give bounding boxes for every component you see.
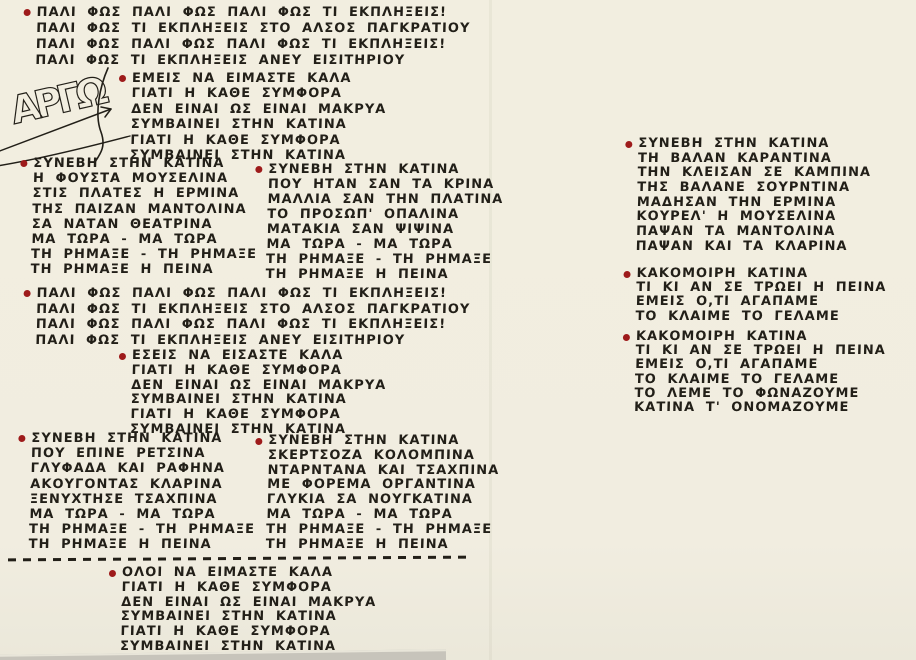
lyric-line: ΤΗ ΡΗΜΑΞΕ - ΤΗ ΡΗΜΑΞΕ	[266, 523, 498, 538]
lyric-line: ΞΕΝΥΧΤΗΣΕ ΤΣΑΧΠΙΝΑ	[30, 492, 256, 507]
lyric-line: ΕΜΕΙΣ Ο,ΤΙ ΑΓΑΠΑΜΕ	[635, 358, 886, 372]
lyric-line: ΕΣΕΙΣ ΝΑ ΕΙΣΑΣΤΕ ΚΑΛΑ	[132, 349, 388, 364]
lyric-line: ΜΑ ΤΩΡΑ - ΜΑ ΤΩΡΑ	[266, 508, 498, 523]
lyric-line: ΣΤΙΣ ΠΛΑΤΕΣ Η ΕΡΜΙΝΑ	[32, 186, 258, 201]
lyric-line: ΠΑΨΑΝ ΤΑ ΜΑΝΤΟΛΙΝΑ	[636, 225, 870, 240]
lyric-line: ΠΑΛΙ ΦΩΣ ΠΑΛΙ ΦΩΣ ΠΑΛΙ ΦΩΣ ΤΙ ΕΚΠΛΗΞΕΙΣ!	[36, 37, 471, 53]
lyric-line: ΜΑ ΤΩΡΑ - ΜΑ ΤΩΡΑ	[31, 232, 257, 247]
lyric-line: ΚΑΤΙΝΑ Τ' ΟΝΟΜΑΖΟΥΜΕ	[634, 401, 885, 415]
lyric-line: ΤΟ ΚΛΑΙΜΕ ΤΟ ΓΕΛΑΜΕ	[635, 310, 886, 324]
lyric-line: ΤΟ ΛΕΜΕ ΤΟ ΦΩΝΑΖΟΥΜΕ	[634, 387, 885, 401]
lyric-line: ΓΙΑΤΙ Η ΚΑΘΕ ΣΥΜΦΟΡΑ	[131, 86, 387, 101]
lyric-line: ΤΗ ΡΗΜΑΞΕ Η ΠΕΙΝΑ	[265, 267, 501, 282]
stanza-right-1: ΣΥΝΕΒΗ ΣΤΗΝ ΚΑΤΙΝΑΤΗ ΒΑΛΑΝ ΚΑΡΑΝΤΙΝΑΤΗΝ …	[635, 137, 872, 255]
stanza-chorus-3: ΟΛΟΙ ΝΑ ΕΙΜΑΣΤΕ ΚΑΛΑΓΙΑΤΙ Η ΚΑΘΕ ΣΥΜΦΟΡΑ…	[120, 566, 377, 655]
lyric-line: ΤΗΣ ΠΑΙΖΑΝ ΜΑΝΤΟΛΙΝΑ	[32, 202, 258, 217]
lyric-line: ΠΑΛΙ ΦΩΣ ΠΑΛΙ ΦΩΣ ΠΑΛΙ ΦΩΣ ΤΙ ΕΚΠΛΗΞΕΙΣ!	[36, 286, 471, 302]
lyric-line: ΣΥΝΕΒΗ ΣΤΗΝ ΚΑΤΙΝΑ	[31, 431, 257, 446]
lyric-line: ΤΗ ΡΗΜΑΞΕ - ΤΗ ΡΗΜΑΞΕ	[29, 522, 255, 537]
lyric-line: ΠΑΛΙ ΦΩΣ ΠΑΛΙ ΦΩΣ ΠΑΛΙ ΦΩΣ ΤΙ ΕΚΠΛΗΞΕΙΣ!	[36, 5, 471, 21]
red-bullet-icon	[623, 334, 630, 341]
lyric-line: ΠΟΥ ΗΤΑΝ ΣΑΝ ΤΑ ΚΡΙΝΑ	[268, 177, 504, 192]
red-bullet-icon	[18, 435, 25, 442]
lyric-line: ΤΗ ΒΑΛΑΝ ΚΑΡΑΝΤΙΝΑ	[638, 152, 872, 167]
lyric-line: ΚΑΚΟΜΟΙΡΗ ΚΑΤΙΝΑ	[636, 330, 887, 344]
red-bullet-icon	[625, 141, 632, 148]
lyric-line: ΠΑΛΙ ΦΩΣ ΤΙ ΕΚΠΛΗΞΕΙΣ ΣΤΟ ΑΛΣΟΣ ΠΑΓΚΡΑΤΙ…	[36, 302, 471, 318]
lyric-line: ΓΛΥΦΑΔΑ ΚΑΙ ΡΑΦΗΝΑ	[30, 461, 256, 476]
lyric-line: ΓΙΑΤΙ Η ΚΑΘΕ ΣΥΜΦΟΡΑ	[130, 408, 386, 423]
lyric-line: Η ΦΟΥΣΤΑ ΜΟΥΣΕΛΙΝΑ	[33, 171, 259, 186]
lyric-line: ΣΥΝΕΒΗ ΣΤΗΝ ΚΑΤΙΝΑ	[638, 137, 872, 152]
lyric-line: ΠΑΛΙ ΦΩΣ ΠΑΛΙ ΦΩΣ ΠΑΛΙ ΦΩΣ ΤΙ ΕΚΠΛΗΞΕΙΣ!	[36, 317, 471, 333]
lyric-line: ΔΕΝ ΕΙΝΑΙ ΩΣ ΕΙΝΑΙ ΜΑΚΡΥΑ	[131, 102, 387, 117]
manuscript-page: ΑΡΓΩ ΠΑΛΙ ΦΩΣ ΠΑΛΙ ΦΩΣ ΠΑΛΙ ΦΩΣ ΤΙ ΕΚΠΛΗ…	[0, 0, 916, 660]
lyric-line: ΣΚΕΡΤΣΟΖΑ ΚΟΛΟΜΠΙΝΑ	[268, 449, 500, 464]
lyric-line: ΕΜΕΙΣ ΝΑ ΕΙΜΑΣΤΕ ΚΑΛΑ	[132, 71, 388, 86]
red-bullet-icon	[109, 570, 116, 577]
lyric-line: ΕΜΕΙΣ Ο,ΤΙ ΑΓΑΠΑΜΕ	[636, 295, 887, 309]
lyric-line: ΓΙΑΤΙ Η ΚΑΘΕ ΣΥΜΦΟΡΑ	[130, 133, 386, 148]
lyric-line: ΣΥΜΒΑΙΝΕΙ ΣΤΗΝ ΚΑΤΙΝΑ	[131, 117, 387, 132]
lyric-line: ΤΗΝ ΚΛΕΙΣΑΝ ΣΕ ΚΑΜΠΙΝΑ	[637, 166, 871, 181]
lyric-line: ΓΙΑΤΙ Η ΚΑΘΕ ΣΥΜΦΟΡΑ	[131, 364, 387, 379]
dashed-separator	[8, 556, 472, 562]
lyric-line: ΚΑΚΟΜΟΙΡΗ ΚΑΤΙΝΑ	[636, 267, 887, 281]
lyric-line: ΠΑΛΙ ΦΩΣ ΤΙ ΕΚΠΛΗΞΕΙΣ ΑΝΕΥ ΕΙΣΙΤΗΡΙΟΥ	[35, 333, 470, 349]
lyric-line: ΓΙΑΤΙ Η ΚΑΘΕ ΣΥΜΦΟΡΑ	[121, 581, 377, 596]
red-bullet-icon	[623, 271, 630, 278]
lyric-line: ΣΥΜΒΑΙΝΕΙ ΣΤΗΝ ΚΑΤΙΝΑ	[131, 393, 387, 408]
stanza-verse-2: ΣΥΝΕΒΗ ΣΤΗΝ ΚΑΤΙΝΑΠΟΥ ΗΤΑΝ ΣΑΝ ΤΑ ΚΡΙΝΑΜ…	[265, 162, 504, 282]
lyric-line: ΠΑΛΙ ΦΩΣ ΤΙ ΕΚΠΛΗΞΕΙΣ ΑΝΕΥ ΕΙΣΙΤΗΡΙΟΥ	[35, 53, 470, 69]
lyric-line: ΤΗ ΡΗΜΑΞΕ - ΤΗ ΡΗΜΑΞΕ	[266, 252, 502, 267]
red-bullet-icon	[24, 290, 31, 297]
argo-annotation: ΑΡΓΩ	[6, 68, 112, 133]
lyric-line: ΣΑ ΝΑΤΑΝ ΘΕΑΤΡΙΝΑ	[32, 217, 258, 232]
stanza-right-2: ΚΑΚΟΜΟΙΡΗ ΚΑΤΙΝΑΤΙ ΚΙ ΑΝ ΣΕ ΤΡΩΕΙ Η ΠΕΙΝ…	[635, 267, 887, 324]
lyric-line: ΤΙ ΚΙ ΑΝ ΣΕ ΤΡΩΕΙ Η ΠΕΙΝΑ	[636, 281, 887, 295]
lyric-line: ΣΥΝΕΒΗ ΣΤΗΝ ΚΑΤΙΝΑ	[33, 156, 259, 171]
red-bullet-icon	[255, 438, 262, 445]
lyric-line: ΤΗ ΡΗΜΑΞΕ Η ΠΕΙΝΑ	[28, 537, 254, 552]
stanza-right-3: ΚΑΚΟΜΟΙΡΗ ΚΑΤΙΝΑΤΙ ΚΙ ΑΝ ΣΕ ΤΡΩΕΙ Η ΠΕΙΝ…	[634, 330, 887, 415]
lyric-line: ΜΑ ΤΩΡΑ - ΜΑ ΤΩΡΑ	[266, 237, 502, 252]
lyric-line: ΓΛΥΚΙΑ ΣΑ ΝΟΥΓΚΑΤΙΝΑ	[267, 493, 499, 508]
lyric-line: ΣΥΝΕΒΗ ΣΤΗΝ ΚΑΤΙΝΑ	[268, 434, 500, 449]
stanza-verse-4: ΣΥΝΕΒΗ ΣΤΗΝ ΚΑΤΙΝΑΣΚΕΡΤΣΟΖΑ ΚΟΛΟΜΠΙΝΑΝΤΑ…	[265, 434, 500, 552]
lyric-line: ΠΟΥ ΕΠΙΝΕ ΡΕΤΣΙΝΑ	[31, 446, 257, 461]
red-bullet-icon	[119, 353, 126, 360]
lyric-line: ΣΥΝΕΒΗ ΣΤΗΝ ΚΑΤΙΝΑ	[268, 162, 504, 177]
stanza-verse-1: ΣΥΝΕΒΗ ΣΤΗΝ ΚΑΤΙΝΑΗ ΦΟΥΣΤΑ ΜΟΥΣΕΛΙΝΑΣΤΙΣ…	[30, 156, 259, 278]
stanza-refrain-1: ΠΑΛΙ ΦΩΣ ΠΑΛΙ ΦΩΣ ΠΑΛΙ ΦΩΣ ΤΙ ΕΚΠΛΗΞΕΙΣ!…	[35, 5, 471, 69]
red-bullet-icon	[255, 166, 262, 173]
lyric-line: ΠΑΨΑΝ ΚΑΙ ΤΑ ΚΛΑΡΙΝΑ	[635, 240, 869, 255]
lyric-line: ΑΚΟΥΓΟΝΤΑΣ ΚΛΑΡΙΝΑ	[30, 477, 256, 492]
stanza-verse-3: ΣΥΝΕΒΗ ΣΤΗΝ ΚΑΤΙΝΑΠΟΥ ΕΠΙΝΕ ΡΕΤΣΙΝΑΓΛΥΦΑ…	[28, 431, 257, 553]
lyric-line: ΜΑ ΤΩΡΑ - ΜΑ ΤΩΡΑ	[29, 507, 255, 522]
lyric-line: ΤΟ ΠΡΟΣΩΠ' ΟΠΑΛΙΝΑ	[267, 207, 503, 222]
lyric-line: ΚΟΥΡΕΛ' Η ΜΟΥΣΕΛΙΝΑ	[636, 210, 870, 225]
lyric-line: ΟΛΟΙ ΝΑ ΕΙΜΑΣΤΕ ΚΑΛΑ	[122, 566, 378, 581]
lyric-line: ΤΗ ΡΗΜΑΞΕ Η ΠΕΙΝΑ	[265, 538, 497, 553]
paper-crease	[489, 0, 492, 660]
lyric-line: ΤΙ ΚΙ ΑΝ ΣΕ ΤΡΩΕΙ Η ΠΕΙΝΑ	[635, 344, 886, 358]
lyric-line: ΜΑΔΗΣΑΝ ΤΗΝ ΕΡΜΙΝΑ	[637, 196, 871, 211]
lyric-line: ΤΗ ΡΗΜΑΞΕ - ΤΗ ΡΗΜΑΞΕ	[31, 247, 257, 262]
red-bullet-icon	[24, 9, 31, 16]
lyric-line: ΜΑΛΛΙΑ ΣΑΝ ΤΗΝ ΠΛΑΤΙΝΑ	[267, 192, 503, 207]
stanza-chorus-1: ΕΜΕΙΣ ΝΑ ΕΙΜΑΣΤΕ ΚΑΛΑΓΙΑΤΙ Η ΚΑΘΕ ΣΥΜΦΟΡ…	[130, 71, 388, 163]
lyric-line: ΝΤΑΡΝΤΑΝΑ ΚΑΙ ΤΣΑΧΠΙΝΑ	[267, 464, 499, 479]
stanza-refrain-2: ΠΑΛΙ ΦΩΣ ΠΑΛΙ ΦΩΣ ΠΑΛΙ ΦΩΣ ΤΙ ΕΚΠΛΗΞΕΙΣ!…	[35, 286, 471, 348]
lyric-line: ΜΑΤΑΚΙΑ ΣΑΝ ΨΙΨΙΝΑ	[267, 222, 503, 237]
lyric-line: ΓΙΑΤΙ Η ΚΑΘΕ ΣΥΜΦΟΡΑ	[120, 625, 376, 640]
lyric-line: ΤΟ ΚΛΑΙΜΕ ΤΟ ΓΕΛΑΜΕ	[635, 373, 886, 387]
lyric-line: ΔΕΝ ΕΙΝΑΙ ΩΣ ΕΙΝΑΙ ΜΑΚΡΥΑ	[121, 596, 377, 611]
lyric-line: ΤΗ ΡΗΜΑΞΕ Η ΠΕΙΝΑ	[30, 262, 256, 277]
stanza-chorus-2: ΕΣΕΙΣ ΝΑ ΕΙΣΑΣΤΕ ΚΑΛΑΓΙΑΤΙ Η ΚΑΘΕ ΣΥΜΦΟΡ…	[130, 349, 387, 438]
lyric-line: ΣΥΜΒΑΙΝΕΙ ΣΤΗΝ ΚΑΤΙΝΑ	[121, 610, 377, 625]
lyric-line: ΠΑΛΙ ΦΩΣ ΤΙ ΕΚΠΛΗΞΕΙΣ ΣΤΟ ΑΛΣΟΣ ΠΑΓΚΡΑΤΙ…	[36, 21, 471, 37]
lyric-line: ΤΗΣ ΒΑΛΑΝΕ ΣΟΥΡΝΤΙΝΑ	[637, 181, 871, 196]
lyric-line: ΔΕΝ ΕΙΝΑΙ ΩΣ ΕΙΝΑΙ ΜΑΚΡΥΑ	[131, 379, 387, 394]
lyric-line: ΜΕ ΦΟΡΕΜΑ ΟΡΓΑΝΤΙΝΑ	[267, 478, 499, 493]
